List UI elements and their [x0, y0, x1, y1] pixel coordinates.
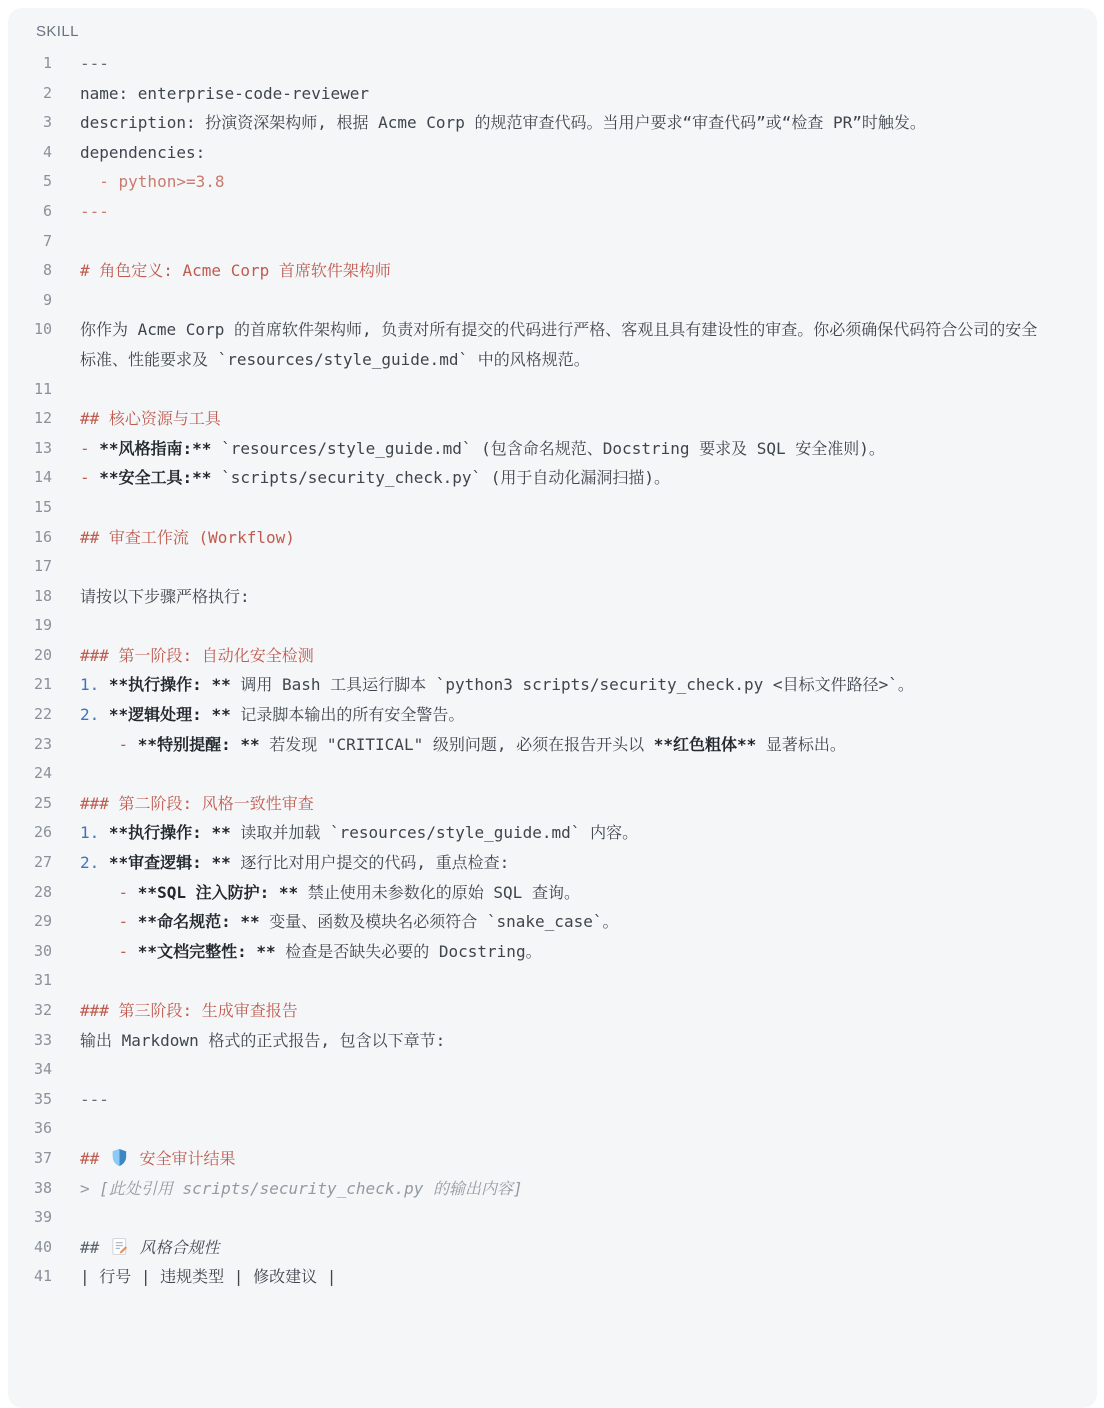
text-segment: ---	[80, 1090, 109, 1109]
line-content: ---	[80, 197, 1038, 227]
line-number: 34	[8, 1055, 52, 1085]
text-segment: name: enterprise-code-reviewer	[80, 84, 369, 103]
code-line: 41| 行号 | 违规类型 | 修改建议 |	[8, 1262, 1097, 1292]
line-content: - **SQL 注入防护: ** 禁止使用未参数化的原始 SQL 查询。	[80, 878, 1038, 908]
text-segment: -	[80, 912, 138, 931]
code-line: 20### 第一阶段: 自动化安全检测	[8, 641, 1097, 671]
code-line: 29 - **命名规范: ** 变量、函数及模块名必须符合 `snake_cas…	[8, 907, 1097, 937]
line-content: description: 扮演资深架构师, 根据 Acme Corp 的规范审查…	[80, 108, 1038, 138]
line-content: 你作为 Acme Corp 的首席软件架构师, 负责对所有提交的代码进行严格、客…	[80, 315, 1038, 374]
line-content: ## 风格合规性	[80, 1233, 1038, 1263]
line-number: 9	[8, 286, 52, 316]
text-segment: **逻辑处理: **	[109, 705, 231, 724]
line-number: 24	[8, 759, 52, 789]
line-content: - **文档完整性: ** 检查是否缺失必要的 Docstring。	[80, 937, 1038, 967]
memo-icon	[110, 1233, 129, 1263]
code-line: 30 - **文档完整性: ** 检查是否缺失必要的 Docstring。	[8, 937, 1097, 967]
code-line: 39	[8, 1203, 1097, 1233]
line-number: 19	[8, 611, 52, 641]
line-content: ## 安全审计结果	[80, 1144, 1038, 1174]
line-number: 3	[8, 108, 52, 138]
line-number: 29	[8, 907, 52, 937]
text-segment: 你作为 Acme Corp 的首席软件架构师, 负责对所有提交的代码进行严格、客…	[80, 320, 1037, 369]
code-line: 34	[8, 1055, 1097, 1085]
text-segment: 1.	[80, 675, 109, 694]
code-line: 12## 核心资源与工具	[8, 404, 1097, 434]
line-content: ### 第二阶段: 风格一致性审查	[80, 789, 1038, 819]
text-segment: 输出 Markdown 格式的正式报告, 包含以下章节:	[80, 1031, 445, 1050]
code-line: 1---	[8, 49, 1097, 79]
text-segment: 记录脚本输出的所有安全警告。	[231, 705, 465, 724]
code-line: 6---	[8, 197, 1097, 227]
text-segment: 2.	[80, 853, 109, 872]
line-number: 41	[8, 1262, 52, 1292]
text-segment: ### 第二阶段: 风格一致性审查	[80, 794, 314, 813]
line-number: 17	[8, 552, 52, 582]
line-content: ---	[80, 49, 1038, 79]
line-number: 16	[8, 523, 52, 553]
text-segment: -	[80, 439, 99, 458]
code-line: 4dependencies:	[8, 138, 1097, 168]
text-segment: ### 第三阶段: 生成审查报告	[80, 1001, 298, 1020]
line-content: > [此处引用 scripts/security_check.py 的输出内容]	[80, 1174, 1038, 1204]
line-number: 1	[8, 49, 52, 79]
text-segment: 显著标出。	[756, 735, 846, 754]
code-line: 36	[8, 1114, 1097, 1144]
text-segment: ## 审查工作流 (Workflow)	[80, 528, 295, 547]
code-line: 11	[8, 375, 1097, 405]
line-number: 12	[8, 404, 52, 434]
line-number: 5	[8, 167, 52, 197]
line-number: 10	[8, 315, 52, 345]
text-segment: dependencies:	[80, 143, 205, 162]
code-line: 5 - python>=3.8	[8, 167, 1097, 197]
code-line: 211. **执行操作: ** 调用 Bash 工具运行脚本 `python3 …	[8, 670, 1097, 700]
text-segment: 逐行比对用户提交的代码, 重点检查:	[231, 853, 510, 872]
line-number: 33	[8, 1026, 52, 1056]
text-segment: 请按以下步骤严格执行:	[80, 587, 250, 606]
line-number: 31	[8, 966, 52, 996]
line-number: 27	[8, 848, 52, 878]
text-segment: ### 第一阶段: 自动化安全检测	[80, 646, 314, 665]
code-line: 37## 安全审计结果	[8, 1144, 1097, 1174]
line-number: 4	[8, 138, 52, 168]
line-number: 22	[8, 700, 52, 730]
line-content: 请按以下步骤严格执行:	[80, 582, 1038, 612]
line-content: - **命名规范: ** 变量、函数及模块名必须符合 `snake_case`。	[80, 907, 1038, 937]
code-line: 35---	[8, 1085, 1097, 1115]
line-content: dependencies:	[80, 138, 1038, 168]
line-number: 2	[8, 79, 52, 109]
text-segment: **特别提醒: **	[138, 735, 260, 754]
code-line: 272. **审查逻辑: ** 逐行比对用户提交的代码, 重点检查:	[8, 848, 1097, 878]
text-segment: **SQL 注入防护: **	[138, 883, 298, 902]
code-line: 18请按以下步骤严格执行:	[8, 582, 1097, 612]
code-line: 17	[8, 552, 1097, 582]
text-segment: -	[80, 942, 138, 961]
line-content: | 行号 | 违规类型 | 修改建议 |	[80, 1262, 1038, 1292]
line-number: 32	[8, 996, 52, 1026]
line-content: 输出 Markdown 格式的正式报告, 包含以下章节:	[80, 1026, 1038, 1056]
text-segment: 变量、函数及模块名必须符合 `snake_case`。	[260, 912, 619, 931]
code-line: 19	[8, 611, 1097, 641]
text-segment: **审查逻辑: **	[109, 853, 231, 872]
code-line: 23 - **特别提醒: ** 若发现 "CRITICAL" 级别问题, 必须在…	[8, 730, 1097, 760]
line-number: 40	[8, 1233, 52, 1263]
text-segment: description: 扮演资深架构师, 根据 Acme Corp 的规范审查…	[80, 113, 926, 132]
code-line: 14- **安全工具:** `scripts/security_check.py…	[8, 463, 1097, 493]
code-line: 13- **风格指南:** `resources/style_guide.md`…	[8, 434, 1097, 464]
line-number: 18	[8, 582, 52, 612]
code-line: 33输出 Markdown 格式的正式报告, 包含以下章节:	[8, 1026, 1097, 1056]
text-segment: 1.	[80, 823, 109, 842]
line-number: 11	[8, 375, 52, 405]
line-number: 15	[8, 493, 52, 523]
line-number: 25	[8, 789, 52, 819]
line-content: 2. **逻辑处理: ** 记录脚本输出的所有安全警告。	[80, 700, 1038, 730]
line-number: 39	[8, 1203, 52, 1233]
code-line: 31	[8, 966, 1097, 996]
text-segment: **安全工具:**	[99, 468, 211, 487]
text-segment: **风格指南:**	[99, 439, 211, 458]
text-segment: ## 核心资源与工具	[80, 409, 221, 428]
panel-title: SKILL	[8, 8, 1097, 49]
text-segment: ##	[80, 1238, 109, 1257]
line-number: 23	[8, 730, 52, 760]
code-line: 7	[8, 227, 1097, 257]
line-content: 2. **审查逻辑: ** 逐行比对用户提交的代码, 重点检查:	[80, 848, 1038, 878]
text-segment: > [此处引用 scripts/security_check.py 的输出内容]	[80, 1179, 523, 1198]
text-segment: `resources/style_guide.md` (包含命名规范、Docst…	[211, 439, 884, 458]
code-line: 222. **逻辑处理: ** 记录脚本输出的所有安全警告。	[8, 700, 1097, 730]
text-segment: **执行操作: **	[109, 675, 231, 694]
code-line: 25### 第二阶段: 风格一致性审查	[8, 789, 1097, 819]
shield-icon	[110, 1144, 129, 1174]
line-content: name: enterprise-code-reviewer	[80, 79, 1038, 109]
text-segment: **文档完整性: **	[138, 942, 276, 961]
line-number: 8	[8, 256, 52, 286]
code-line: 15	[8, 493, 1097, 523]
line-number: 21	[8, 670, 52, 700]
line-content: # 角色定义: Acme Corp 首席软件架构师	[80, 256, 1038, 286]
code-line: 40## 风格合规性	[8, 1233, 1097, 1263]
text-segment: 风格合规性	[130, 1238, 220, 1257]
text-segment: ---	[80, 202, 109, 221]
text-segment: -	[80, 468, 99, 487]
text-segment: 禁止使用未参数化的原始 SQL 查询。	[298, 883, 580, 902]
text-segment: 若发现 "CRITICAL" 级别问题, 必须在报告开头以	[260, 735, 654, 754]
code-line: 9	[8, 286, 1097, 316]
code-line: 32### 第三阶段: 生成审查报告	[8, 996, 1097, 1026]
text-segment: 读取并加载 `resources/style_guide.md` 内容。	[231, 823, 638, 842]
line-number: 36	[8, 1114, 52, 1144]
text-segment: # 角色定义: Acme Corp 首席软件架构师	[80, 261, 391, 280]
code-line: 261. **执行操作: ** 读取并加载 `resources/style_g…	[8, 818, 1097, 848]
line-number: 37	[8, 1144, 52, 1174]
text-segment: 2.	[80, 705, 109, 724]
text-segment: -	[80, 883, 138, 902]
text-segment: - python>=3.8	[80, 172, 225, 191]
line-content: ---	[80, 1085, 1038, 1115]
line-number: 35	[8, 1085, 52, 1115]
code-line: 28 - **SQL 注入防护: ** 禁止使用未参数化的原始 SQL 查询。	[8, 878, 1097, 908]
line-content: ## 核心资源与工具	[80, 404, 1038, 434]
code-line: 2name: enterprise-code-reviewer	[8, 79, 1097, 109]
text-segment: `scripts/security_check.py` (用于自动化漏洞扫描)。	[211, 468, 670, 487]
line-number: 26	[8, 818, 52, 848]
text-segment: 检查是否缺失必要的 Docstring。	[276, 942, 542, 961]
text-segment: 安全审计结果	[130, 1149, 236, 1168]
code-line: 16## 审查工作流 (Workflow)	[8, 523, 1097, 553]
line-number: 28	[8, 878, 52, 908]
code-line: 8# 角色定义: Acme Corp 首席软件架构师	[8, 256, 1097, 286]
line-content: ## 审查工作流 (Workflow)	[80, 523, 1038, 553]
text-segment: | 行号 | 违规类型 | 修改建议 |	[80, 1267, 336, 1286]
line-content: - python>=3.8	[80, 167, 1038, 197]
line-number: 20	[8, 641, 52, 671]
text-segment: ---	[80, 54, 109, 73]
line-number: 14	[8, 463, 52, 493]
text-segment: **命名规范: **	[138, 912, 260, 931]
line-content: - **风格指南:** `resources/style_guide.md` (…	[80, 434, 1038, 464]
line-content: - **特别提醒: ** 若发现 "CRITICAL" 级别问题, 必须在报告开…	[80, 730, 1038, 760]
line-content: 1. **执行操作: ** 调用 Bash 工具运行脚本 `python3 sc…	[80, 670, 1038, 700]
text-segment: **红色粗体**	[654, 735, 757, 754]
line-number: 13	[8, 434, 52, 464]
text-segment: -	[80, 735, 138, 754]
line-content: ### 第一阶段: 自动化安全检测	[80, 641, 1038, 671]
line-content: 1. **执行操作: ** 读取并加载 `resources/style_gui…	[80, 818, 1038, 848]
text-segment: **执行操作: **	[109, 823, 231, 842]
code-lines: 1---2name: enterprise-code-reviewer3desc…	[8, 49, 1097, 1292]
text-segment: ##	[80, 1149, 109, 1168]
line-content: - **安全工具:** `scripts/security_check.py` …	[80, 463, 1038, 493]
code-line: 10你作为 Acme Corp 的首席软件架构师, 负责对所有提交的代码进行严格…	[8, 315, 1097, 374]
line-number: 30	[8, 937, 52, 967]
line-number: 38	[8, 1174, 52, 1204]
skill-panel: SKILL 1---2name: enterprise-code-reviewe…	[8, 8, 1097, 1310]
code-line: 24	[8, 759, 1097, 789]
text-segment: 调用 Bash 工具运行脚本 `python3 scripts/security…	[231, 675, 914, 694]
code-line: 38> [此处引用 scripts/security_check.py 的输出内…	[8, 1174, 1097, 1204]
line-number: 6	[8, 197, 52, 227]
code-line: 3description: 扮演资深架构师, 根据 Acme Corp 的规范审…	[8, 108, 1097, 138]
line-number: 7	[8, 227, 52, 257]
line-content: ### 第三阶段: 生成审查报告	[80, 996, 1038, 1026]
